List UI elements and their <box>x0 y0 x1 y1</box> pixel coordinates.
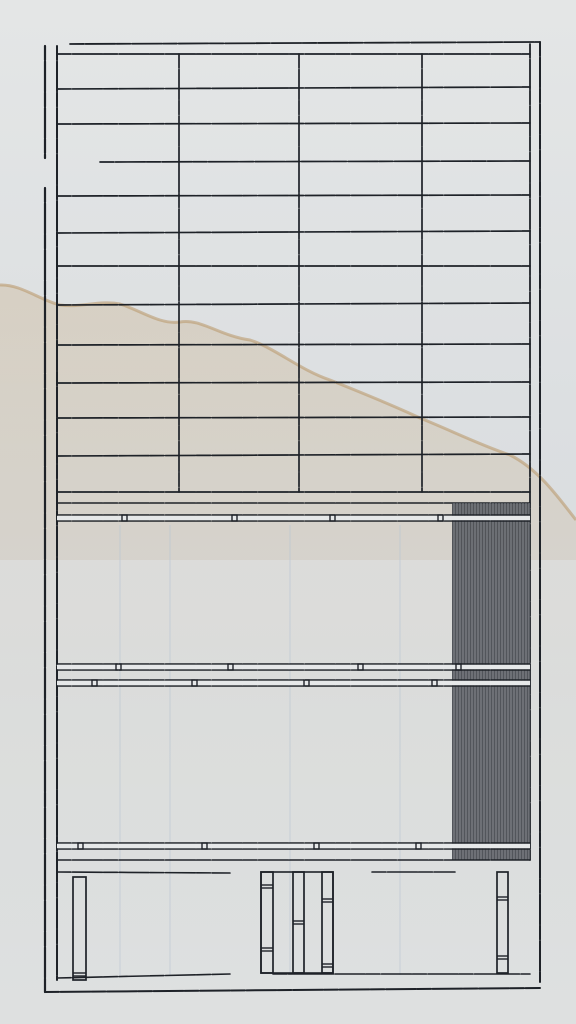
post-5 <box>497 872 508 973</box>
post-2 <box>261 872 273 973</box>
post-3 <box>293 872 304 973</box>
grid-row-line <box>57 195 530 196</box>
grid-row-line <box>57 417 530 418</box>
post-1 <box>73 877 86 980</box>
frame-top-outer <box>70 42 540 44</box>
elevation-drawing <box>0 0 576 1024</box>
grid-row-line <box>57 454 530 456</box>
rail-4-gap <box>57 844 530 848</box>
post-4 <box>322 872 333 973</box>
grid-row-line <box>57 231 530 233</box>
grid-row-line <box>57 344 530 345</box>
grid-row-line <box>57 87 530 89</box>
bottom-band-lower-left <box>57 872 230 873</box>
frame-bottom-outer <box>45 988 540 992</box>
grid-row-line <box>100 161 530 162</box>
grid-row-line <box>57 382 530 383</box>
grid-row-line <box>57 303 530 305</box>
grid-row-line <box>57 123 530 124</box>
rail-1-gap <box>57 516 530 520</box>
rail-3-gap <box>57 681 530 685</box>
rail-2-gap <box>57 665 530 669</box>
document-page <box>0 0 576 1024</box>
